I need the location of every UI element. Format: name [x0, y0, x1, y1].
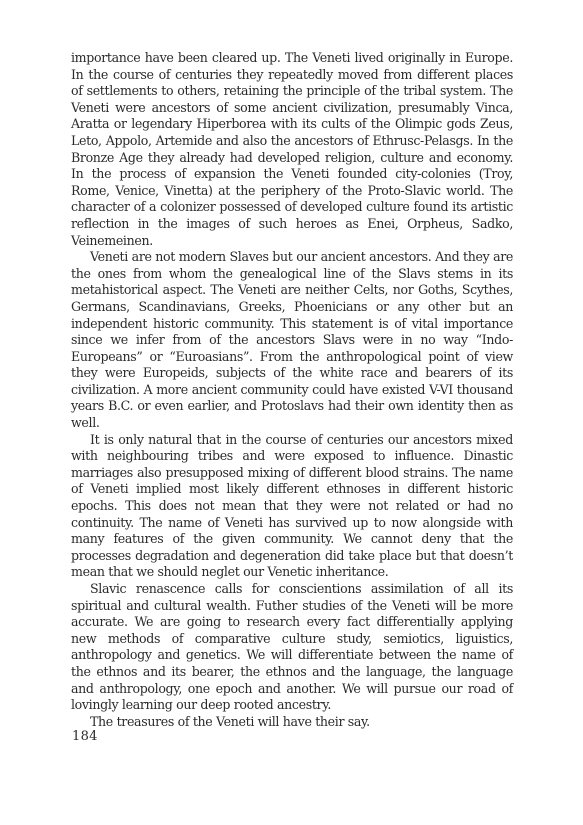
paragraph-4: Slavic renascence calls for consciention… [71, 581, 513, 714]
paragraph-2: Veneti are not modern Slaves but our anc… [71, 249, 513, 432]
paragraph-1: importance have been cleared up. The Ven… [71, 50, 513, 249]
page-number: 184 [72, 729, 98, 744]
page-body: importance have been cleared up. The Ven… [71, 50, 513, 730]
paragraph-5: The treasures of the Veneti will have th… [71, 714, 513, 731]
paragraph-3: It is only natural that in the course of… [71, 432, 513, 581]
